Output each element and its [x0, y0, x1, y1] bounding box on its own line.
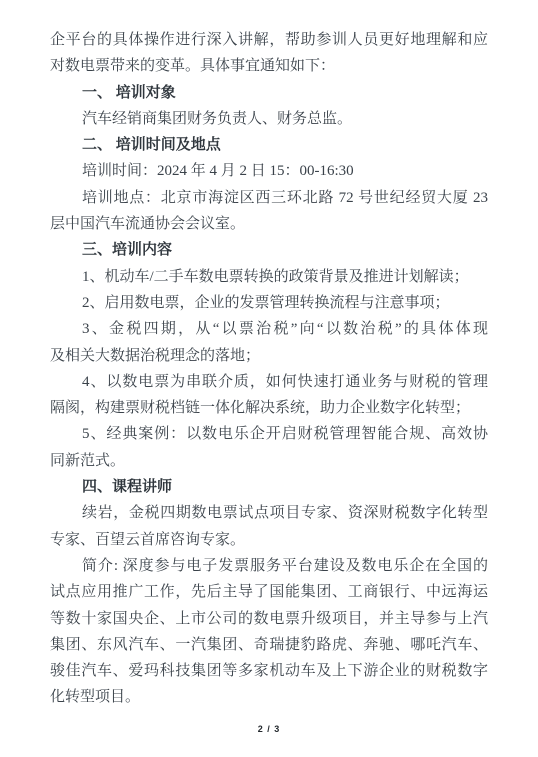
- section-heading: 二、 培训时间及地点: [50, 132, 488, 158]
- text-line: 化转型项目。: [50, 684, 488, 710]
- document-page: 企平台的具体操作进行深入讲解，帮助参训人员更好地理解和应对数电票带来的变革。具体…: [0, 0, 538, 757]
- text-line: 培训地点：北京市海淀区西三环北路 72 号世纪经贸大厦 23: [50, 185, 488, 211]
- text-line: 骏佳汽车、爱玛科技集团等多家机动车及上下游企业的财税数字: [50, 658, 488, 684]
- page-number: 2 / 3: [258, 724, 281, 734]
- page-footer: 2 / 3: [0, 724, 538, 734]
- text-line: 5、经典案例：以数电乐企开启财税管理智能合规、高效协: [50, 421, 488, 447]
- text-line: 企平台的具体操作进行深入讲解，帮助参训人员更好地理解和应: [50, 27, 488, 53]
- text-line: 1、机动车/二手车数电票转换的政策背景及推进计划解读；: [50, 264, 488, 290]
- section-heading: 四、课程讲师: [50, 474, 488, 500]
- text-line: 3、金税四期，从“以票治税”向“以数治税”的具体体现: [50, 316, 488, 342]
- text-line: 续岩，金税四期数电票试点项目专家、资深财税数字化转型: [50, 500, 488, 526]
- text-line: 对数电票带来的变革。具体事宜通知如下：: [50, 53, 488, 79]
- text-line: 4、以数电票为串联介质，如何快速打通业务与财税的管理: [50, 369, 488, 395]
- document-body: 企平台的具体操作进行深入讲解，帮助参训人员更好地理解和应对数电票带来的变革。具体…: [50, 27, 488, 711]
- text-line: 等数十家国央企、上市公司的数电票升级项目，并主导参与上汽: [50, 606, 488, 632]
- text-line: 同新范式。: [50, 448, 488, 474]
- text-line: 试点应用推广工作，先后主导了国能集团、工商银行、中远海运: [50, 579, 488, 605]
- text-line: 专家、百望云首席咨询专家。: [50, 527, 488, 553]
- text-line: 隔阂，构建票财税档链一体化解决系统，助力企业数字化转型；: [50, 395, 488, 421]
- text-line: 汽车经销商集团财务负责人、财务总监。: [50, 106, 488, 132]
- text-line: 培训时间：2024 年 4 月 2 日 15：00-16:30: [50, 158, 488, 184]
- text-line: 简介: 深度参与电子发票服务平台建设及数电乐企在全国的: [50, 553, 488, 579]
- section-heading: 三、培训内容: [50, 237, 488, 263]
- text-line: 及相关大数据治税理念的落地；: [50, 343, 488, 369]
- section-heading: 一、 培训对象: [50, 80, 488, 106]
- text-line: 层中国汽车流通协会会议室。: [50, 211, 488, 237]
- text-line: 2、启用数电票，企业的发票管理转换流程与注意事项；: [50, 290, 488, 316]
- text-line: 集团、东风汽车、一汽集团、奇瑞捷豹路虎、奔驰、哪吒汽车、: [50, 632, 488, 658]
